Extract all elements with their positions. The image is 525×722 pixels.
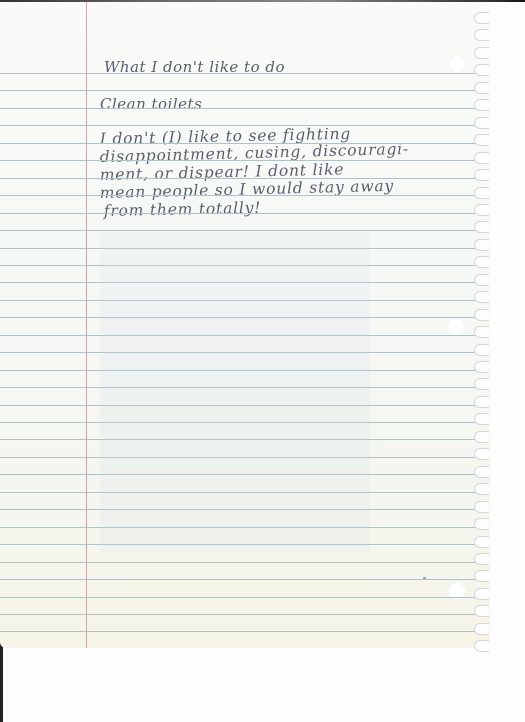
ruled-line [0, 265, 488, 266]
ruled-line [0, 230, 488, 231]
ruled-line [0, 370, 488, 371]
perforation-notch [474, 588, 489, 600]
ruled-line [0, 300, 488, 301]
ruled-line [0, 90, 488, 91]
ruled-line [0, 597, 488, 598]
perforation-notch [474, 501, 489, 513]
ruled-line [0, 108, 488, 109]
perforation-notch [474, 187, 489, 199]
binder-hole-middle [447, 318, 465, 336]
ruled-line [0, 160, 488, 161]
binder-hole-top [448, 55, 466, 73]
perforation-notch [474, 483, 489, 495]
perforation-notch [474, 570, 489, 582]
notebook-page: What I don't like to do Clean toilets I … [0, 2, 490, 648]
perforation-notch [474, 553, 489, 565]
ruled-line [0, 579, 488, 580]
perforation-notch [474, 64, 489, 76]
perforation-notch [474, 239, 489, 251]
ruled-line [0, 317, 488, 318]
ruled-line [0, 73, 488, 74]
ruled-line [0, 352, 488, 353]
ruled-line [0, 282, 488, 283]
perforation-notch [474, 29, 489, 41]
perforation-notch [474, 623, 489, 635]
ruled-line [0, 213, 488, 214]
perforation-notch [474, 344, 489, 356]
perforation-notch [474, 152, 489, 164]
margin-line [86, 2, 87, 648]
perforation-notch [474, 448, 489, 460]
ruled-line [0, 405, 488, 406]
perforation-notch [474, 99, 489, 111]
ruled-line [0, 474, 488, 475]
perforation-notch [474, 256, 489, 268]
perforation-notch [474, 518, 489, 530]
perforation-notch [474, 291, 489, 303]
ruled-line [0, 178, 488, 179]
perforation-notch [474, 12, 489, 24]
perforation-notch [474, 431, 489, 443]
perforation-notch [474, 536, 489, 548]
ruled-line [0, 544, 488, 545]
perforation-notch [474, 326, 489, 338]
ruled-line [0, 125, 488, 126]
perforation-notch [474, 82, 489, 94]
ruled-line [0, 562, 488, 563]
perforation-notch [474, 466, 489, 478]
ruled-line [0, 509, 488, 510]
perforation-notch [474, 169, 489, 181]
perforation-notch [474, 413, 489, 425]
perforation-notch [474, 378, 489, 390]
list-item: Clean toilets [100, 95, 202, 113]
perforation-notch [474, 221, 489, 233]
ruled-line [0, 422, 488, 423]
perforation-notch [474, 134, 489, 146]
ruled-line [0, 248, 488, 249]
ruled-line [0, 614, 488, 615]
perforation-notch [474, 117, 489, 129]
perforation-notch [474, 309, 489, 321]
perforation-notch [474, 396, 489, 408]
perforation-notch [474, 274, 489, 286]
ruled-line [0, 527, 488, 528]
ruled-line [0, 439, 488, 440]
perforation-notch [474, 640, 489, 652]
perforation-notch [474, 361, 489, 373]
paragraph-line: from them totally! [104, 199, 262, 220]
perforation-notch [474, 204, 489, 216]
ruled-line [0, 335, 488, 336]
ruled-line [0, 457, 488, 458]
ruled-line [0, 631, 488, 632]
ruled-line [0, 492, 488, 493]
ruled-line [0, 387, 488, 388]
ruled-line [0, 143, 488, 144]
perforation-notch [474, 47, 489, 59]
perforation-notch [474, 605, 489, 617]
ruled-line [0, 195, 488, 196]
